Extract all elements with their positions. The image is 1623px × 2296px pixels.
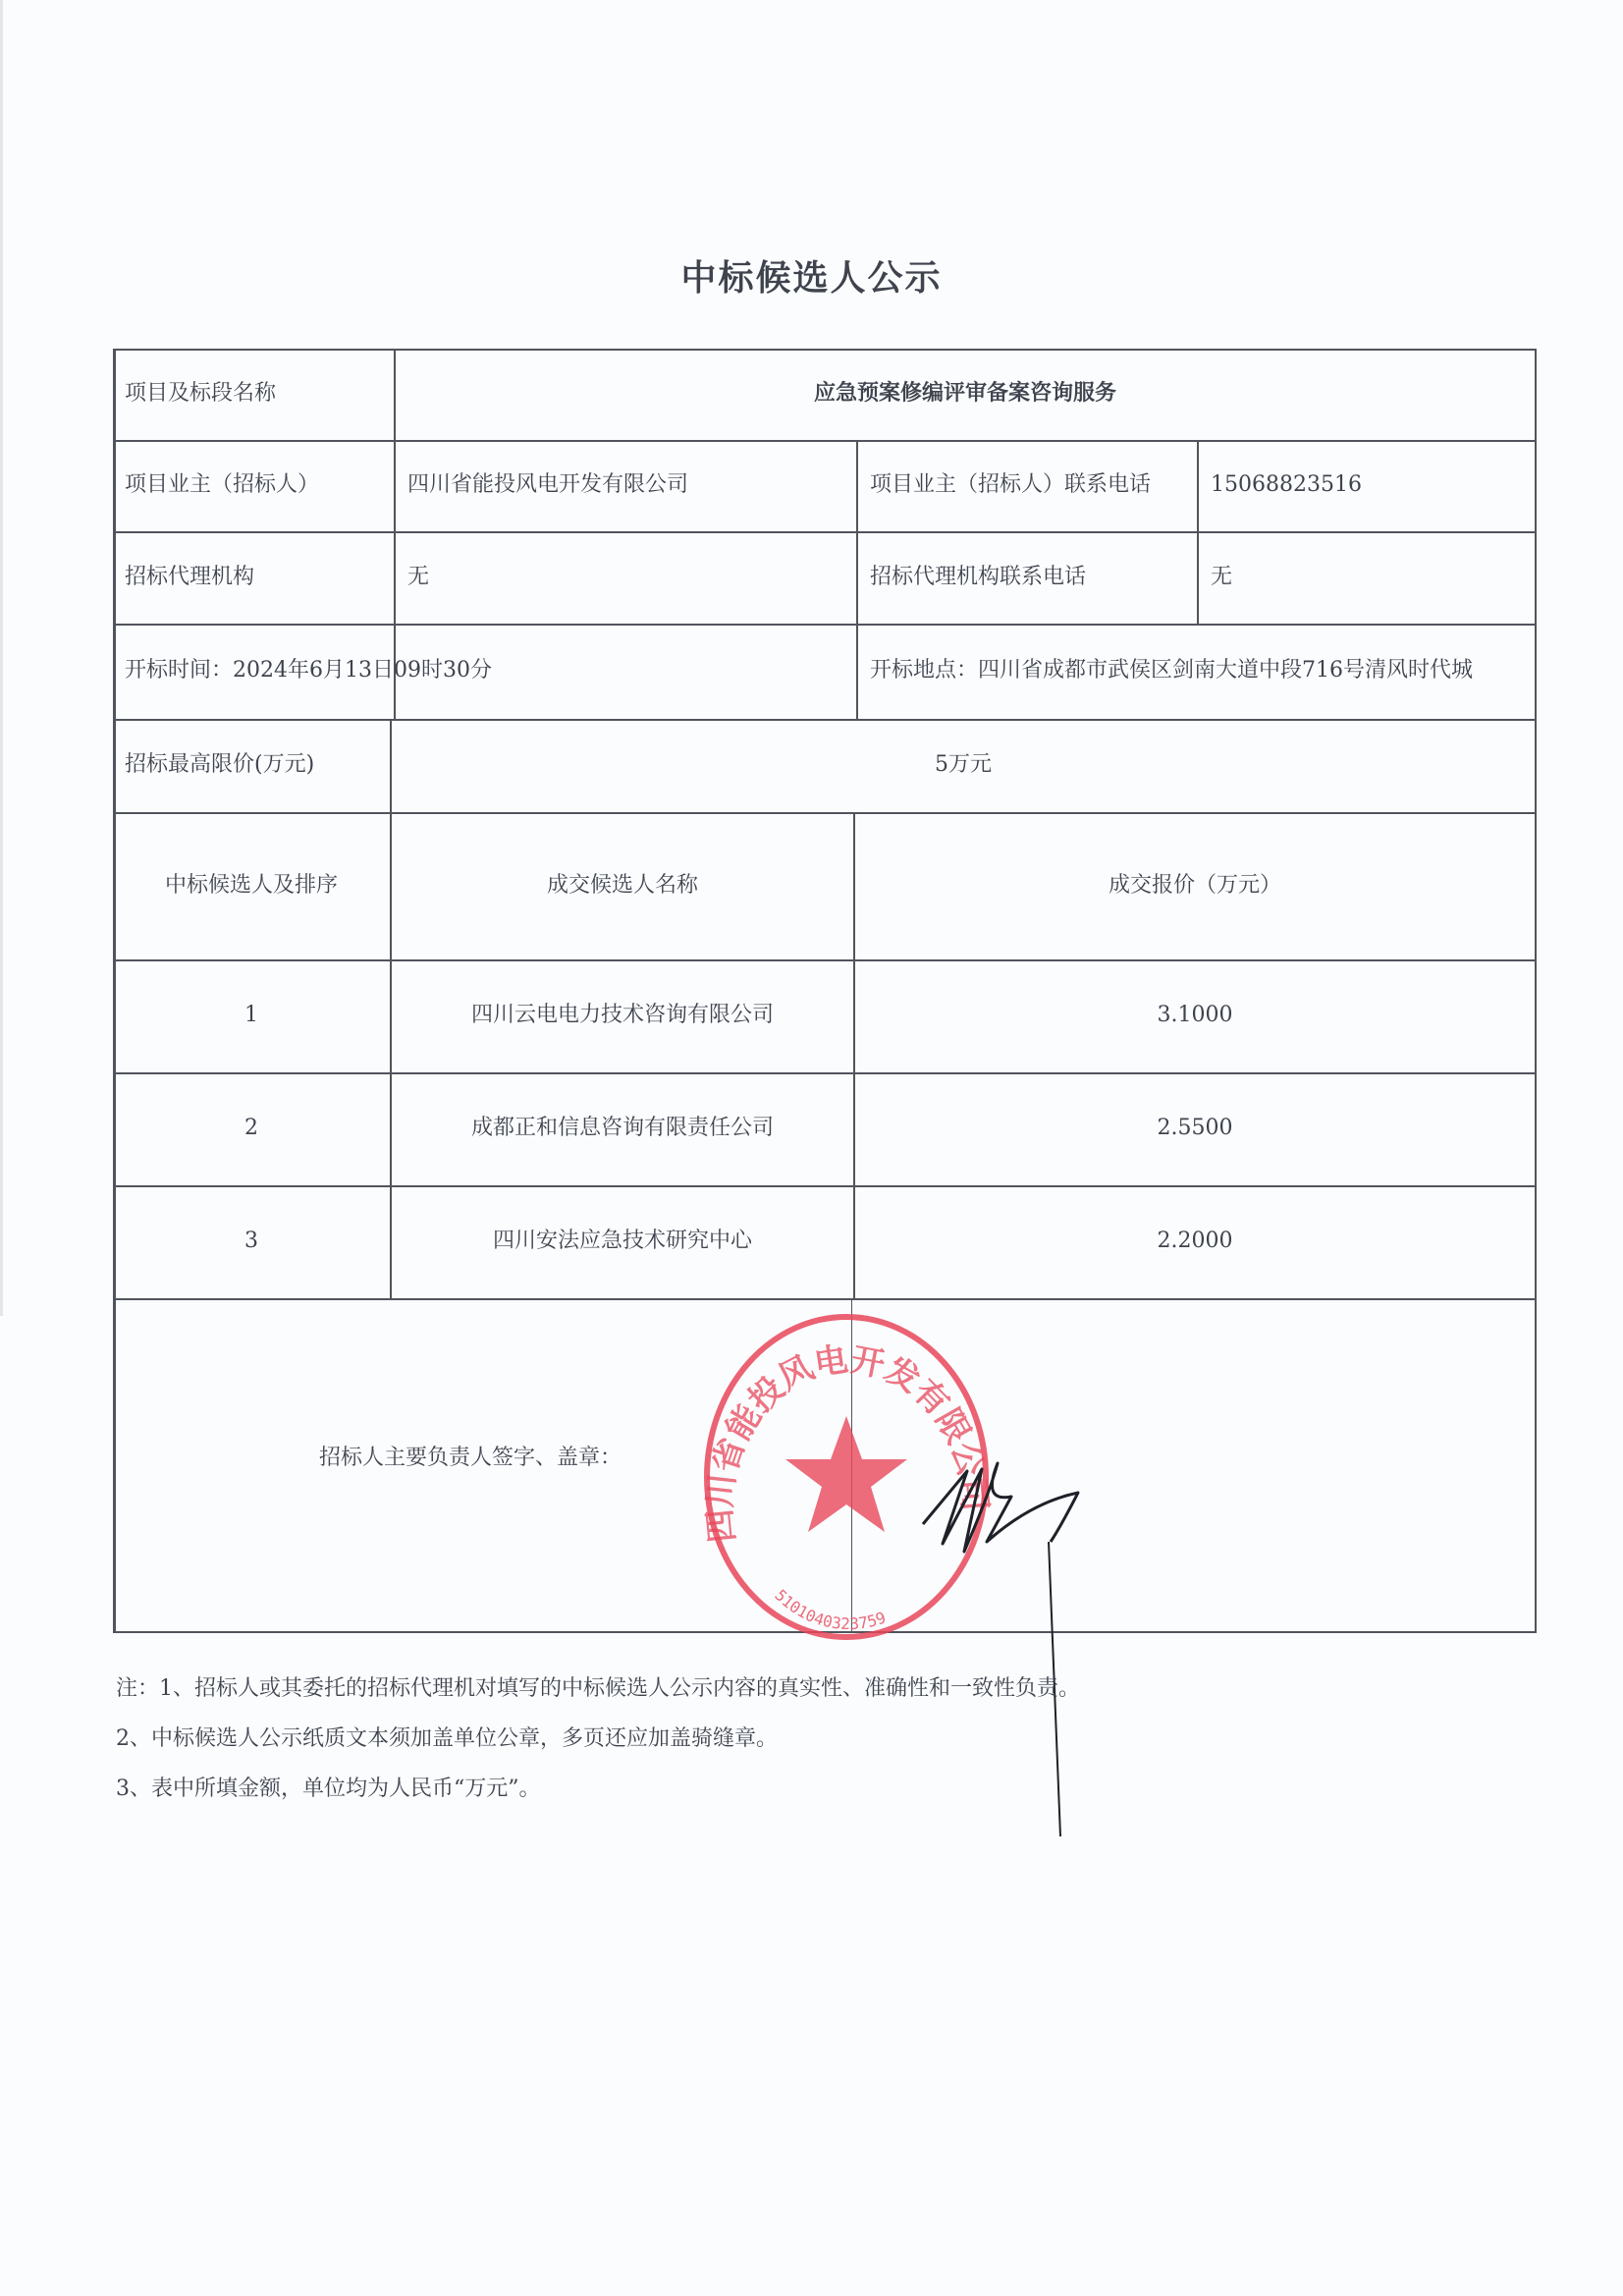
note-3: 3、表中所填金额，单位均为人民币“万元”。 — [116, 1770, 1080, 1820]
project-name-value: 应急预案修编评审备案咨询服务 — [396, 349, 1535, 440]
table-divider — [851, 1298, 852, 1631]
agency-value: 无 — [396, 531, 856, 624]
table-row-rank: 3 — [113, 1185, 390, 1298]
owner-value: 四川省能投风电开发有限公司 — [396, 440, 856, 531]
owner-phone-label: 项目业主（招标人）联系电话 — [858, 440, 1197, 531]
candidate-announcement-table: 项目及标段名称 应急预案修编评审备案咨询服务 项目业主（招标人） 四川省能投风电… — [113, 349, 1537, 1633]
max-price-label: 招标最高限价(万元) — [113, 719, 390, 812]
scan-edge — [0, 0, 3, 1316]
agency-label: 招标代理机构 — [113, 531, 394, 624]
project-name-label: 项目及标段名称 — [113, 349, 394, 440]
page-title: 中标候选人公示 — [0, 250, 1623, 301]
max-price-value: 5万元 — [392, 719, 1535, 812]
table-row-rank: 1 — [113, 959, 390, 1072]
agency-phone-label: 招标代理机构联系电话 — [858, 531, 1197, 624]
agency-phone-value: 无 — [1199, 531, 1535, 624]
table-border — [1535, 349, 1537, 1633]
signature-label: 招标人主要负责人签字、盖章： — [319, 1439, 771, 1478]
table-row-price: 3.1000 — [855, 959, 1535, 1072]
note-2: 2、中标候选人公示纸质文本须加盖单位公章，多页还应加盖骑缝章。 — [116, 1720, 1080, 1770]
notes-section: 注：1、招标人或其委托的招标代理机对填写的中标候选人公示内容的真实性、准确性和一… — [116, 1669, 1080, 1820]
owner-label: 项目业主（招标人） — [113, 440, 394, 531]
opening-time: 开标时间：2024年6月13日09时30分 — [113, 624, 856, 719]
table-row-name: 四川安法应急技术研究中心 — [392, 1185, 853, 1298]
column-header-name: 成交候选人名称 — [392, 812, 853, 959]
table-row-price: 2.5500 — [855, 1072, 1535, 1185]
table-row-rank: 2 — [113, 1072, 390, 1185]
column-header-price: 成交报价（万元） — [855, 812, 1535, 959]
column-header-rank: 中标候选人及排序 — [113, 812, 390, 959]
table-border — [113, 1631, 1537, 1633]
note-1: 注：1、招标人或其委托的招标代理机对填写的中标候选人公示内容的真实性、准确性和一… — [116, 1669, 1080, 1720]
owner-phone-value: 15068823516 — [1199, 440, 1535, 531]
table-divider — [113, 1298, 1537, 1300]
opening-place: 开标地点：四川省成都市武侯区剑南大道中段716号清风时代城 — [858, 624, 1535, 719]
table-row-price: 2.2000 — [855, 1185, 1535, 1298]
table-row-name: 成都正和信息咨询有限责任公司 — [392, 1072, 853, 1185]
table-row-name: 四川云电电力技术咨询有限公司 — [392, 959, 853, 1072]
